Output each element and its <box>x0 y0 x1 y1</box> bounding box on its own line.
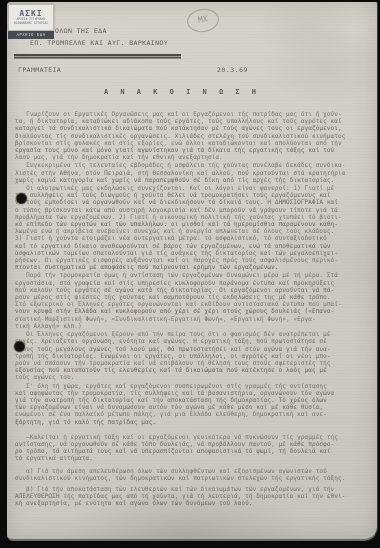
body-line: καταργεί τά συνδικαλιστικά δικαιώματα πο… <box>15 125 371 132</box>
body-line: ξάρτητη, γιά τό καλό τής πατρίδας μας. <box>15 419 371 426</box>
body-line: —Καλείται ή εργατική τάξη καί οι εργαζόμ… <box>15 434 371 441</box>
body-line: γιά τήν ανατροπή τής δικτατορίας καί τήν… <box>15 397 371 404</box>
handwritten-circled-mark: ΜΧ <box>186 7 221 34</box>
body-line: αντίστασης, νά οργανωθούν σέ κάθε τόπο δ… <box>15 441 371 448</box>
body-paragraph: β) Γιά τήν αποκατάσταση τών ελευθεριών κ… <box>15 486 371 508</box>
body-paragraph: Σ' όλη τή χώρα, εργάτες καί εργαζόμενοι … <box>15 383 371 426</box>
org-name-line-2: ΕΠ. ΤΡΟΜΠΕΛΛΕ ΚΑΙ ΑΥΓ. ΒΑΡΚΑΙΝΟΥ <box>30 39 168 47</box>
body-line: νά τούς εμποδίσει νά οργανωθούν καί νά δ… <box>15 199 371 206</box>
header-underline-rule <box>14 54 181 56</box>
body-line: ρο τρόπο, τά αιτήματά τους καί νά υπερασ… <box>15 448 371 455</box>
body-line: ευχές. Χρειάζεται οργάνωση, ενότητα καί … <box>15 338 371 345</box>
body-line: τροπή τής δικτατορίας. Ενωμένοι οι εργάτ… <box>15 353 371 360</box>
body-line: τίς συλλήψεις καί τούς διωγμούς ή χούντα… <box>15 192 371 199</box>
body-line: βρίσκονται στίς φυλακές καί στίς εξορίες… <box>15 140 371 147</box>
body-paragraph: Οι Έλληνες εργαζόμενοι ξέρουν από τήν πε… <box>15 331 371 381</box>
body-line: εργασία τους μόνο καί μόνο γιατί αγωνίστ… <box>15 147 371 154</box>
secretariat-label: ΓΡΑΜΜΑΤΕΙΑ <box>18 66 61 74</box>
body-line: ενωμένοι σέ ένα παλλαϊκό μέτωπο πάλης, γ… <box>15 411 371 418</box>
body-line: ρούν νά σπάσουν τήν τρομοκρατία καί νά ε… <box>15 360 371 367</box>
scanned-document-photo: { "document": { "archive_stamp": { "logo… <box>0 0 380 548</box>
body-line: λωμένα ενώ ή ακρίβεια ανεβαίνει συνεχώς … <box>15 228 371 235</box>
body-line: Στό εξωτερικό οι Έλληνες εργάτες οργανών… <box>15 301 371 308</box>
body-line: εξουσίας πού καταπατούν τίς ελευθερίες κ… <box>15 367 371 374</box>
body-paragraph: Συγκεκριμένα τίς τελευταίες εβδομάδες ή … <box>15 162 371 184</box>
body-line: ρουν μέρος στίς φιέστες τής χούντας καί … <box>15 294 371 301</box>
body-line: τά εργατικά αιτήματα. <box>15 455 371 462</box>
body-line: στατική-Μαρξιστική Φωνή», «Συνδικαλιστικ… <box>15 316 371 323</box>
body-line: τική Αλλαγή» κλπ.) <box>15 323 371 330</box>
body-line: α) Γιά τήν άμεση απελευθέρωση όλων τών σ… <box>15 468 371 475</box>
body-line: νουν κρυφά στήν Ελλάδα καί κυκλοφορούν α… <box>15 308 371 315</box>
punch-hole-bottom <box>14 341 25 352</box>
body-paragraph: Γνωρίζουν οι Εργατικές Οργανώσεις μας κα… <box>15 111 371 161</box>
body-line: συνδικαλιστικού κινήματος, τών δημοκρατι… <box>15 475 371 482</box>
body-line: χωρίς καμιά κατηγορία καί χωρίς νά παραπ… <box>15 177 371 184</box>
body-line: όλους τούς μεγάλους αγώνες τού λαού μας,… <box>15 346 371 353</box>
body-line: κό επίπεδο τών εργατών καί τών υπαλλήλων… <box>15 221 371 228</box>
body-line: τών εργαζομένων είναι νά δυναμώσουν αυτό… <box>15 404 371 411</box>
document-page: ΑΣΚΙ ΑΡΧΕΙΑ ΣΥΓΧΡΟΝΗΣ ΚΟΙΝΩΝΙΚΗΣ ΙΣΤΟΡΙΑ… <box>7 2 378 541</box>
body-line: εργοστάσια, στά γραφεία καί στίς υπηρεσί… <box>15 280 371 287</box>
body-line: καί τό εργατικό δίκαιο αναθεωρούνται σέ … <box>15 243 371 250</box>
body-line: λαού μας, γιά τήν δημοκρατία καί τήν εθν… <box>15 154 371 161</box>
org-name-line-1: ΟΛΩΝ ΤΗΣ ΕΔΑ <box>55 27 107 35</box>
body-line: Παρά τήν τρομοκρατία όμως ή αντίσταση τώ… <box>15 272 371 279</box>
body-paragraph: —Καλείται ή εργατική τάξη καί οι εργαζόμ… <box>15 434 371 463</box>
body-line: λιστές στήν Αθήνα, στόν Πειραιά, στή Θεσ… <box>15 170 371 177</box>
archive-stamp-bar: ΑΡΧΕΙΟ ΕΔΑ <box>8 31 54 39</box>
meta-row: ΓΡΑΜΜΑΤΕΙΑ 20.3.69 <box>7 66 377 76</box>
body-paragraph: Παρά τήν τρομοκρατία όμως ή αντίσταση τώ… <box>15 272 371 330</box>
body-line: πού καλούν τούς εργάτες σέ αγώνα κατά τή… <box>15 287 371 294</box>
body-line: Σ' όλη τή χώρα, εργάτες καί εργαζόμενοι … <box>15 383 371 390</box>
body-line: ασφαλιστικών ταμείων σπαταλούνται γιά τί… <box>15 250 371 257</box>
body-line: κή ανεξαρτησία, μέ ενότητα καί αγώνα όλω… <box>15 500 371 507</box>
body-line: Οι αλυτρωτικές μας εκδηλώσεις συνεχίζοντ… <box>15 185 371 192</box>
body-line: β) Γιά τήν αποκατάσταση τών ελευθεριών κ… <box>15 486 371 493</box>
archive-stamp-subline-2: ΚΟΙΝΩΝΙΚΗΣ ΙΣΤΟΡΙΑΣ <box>14 22 48 26</box>
punch-hole-top <box>16 193 27 204</box>
body-line: Συγκεκριμένα τίς τελευταίες εβδομάδες ή … <box>15 162 371 169</box>
body-line: τούς αγώνες του. <box>15 374 371 381</box>
body-line: ΑΠΕΛΕΥΘΕΡΩΣΗ τής πατρίδας μας από τή χού… <box>15 493 371 500</box>
body-line: ρήσεων. Οι εργατικές εισφορές αυξάνονται… <box>15 257 371 264</box>
archive-stamp: ΑΣΚΙ ΑΡΧΕΙΑ ΣΥΓΧΡΟΝΗΣ ΚΟΙΝΩΝΙΚΗΣ ΙΣΤΟΡΙΑ… <box>8 4 54 39</box>
body-line: προβλήματα τών εργαζομένων. 2) Γιατί ή ο… <box>15 214 371 221</box>
body-line: Γνωρίζουν οι Εργατικές Οργανώσεις μας κα… <box>15 111 371 118</box>
body-line: διαλύοντας τίς συνδικαλιστικές οργανώσει… <box>15 133 371 140</box>
archive-stamp-logo-box: ΑΣΚΙ ΑΡΧΕΙΑ ΣΥΓΧΡΟΝΗΣ ΚΟΙΝΩΝΙΚΗΣ ΙΣΤΟΡΙΑ… <box>8 4 54 31</box>
body-paragraph: α) Γιά τήν άμεση απελευθέρωση όλων τών σ… <box>15 468 371 482</box>
body-line: Οι Έλληνες εργαζόμενοι ξέρουν από τήν πε… <box>15 331 371 338</box>
announcement-title: Α Ν Α Κ Ο Ι Ν Ω Σ Η <box>7 88 357 96</box>
body-line: 3) Γιατί ή χούντα ετοιμάζει νέα αντεργατ… <box>15 235 371 242</box>
body-line: ο τύπος βρίσκονται κάτω από αυστηρή λογο… <box>15 207 371 214</box>
document-date: 20.3.69 <box>217 66 248 74</box>
body-line: καί αψηφώντας τήν τρομοκρατία, τίς συλλή… <box>15 390 371 397</box>
document-body: Γνωρίζουν οι Εργατικές Οργανώσεις μας κα… <box>15 110 371 508</box>
body-line: πτονται συστηματικά μέ αποφάσεις πού παί… <box>15 264 371 271</box>
body-paragraph: Οι αλυτρωτικές μας εκδηλώσεις συνεχίζοντ… <box>15 185 371 271</box>
body-line: τα, ή δικτατορία, καταδιώκει αδιάκοπα το… <box>15 118 371 125</box>
